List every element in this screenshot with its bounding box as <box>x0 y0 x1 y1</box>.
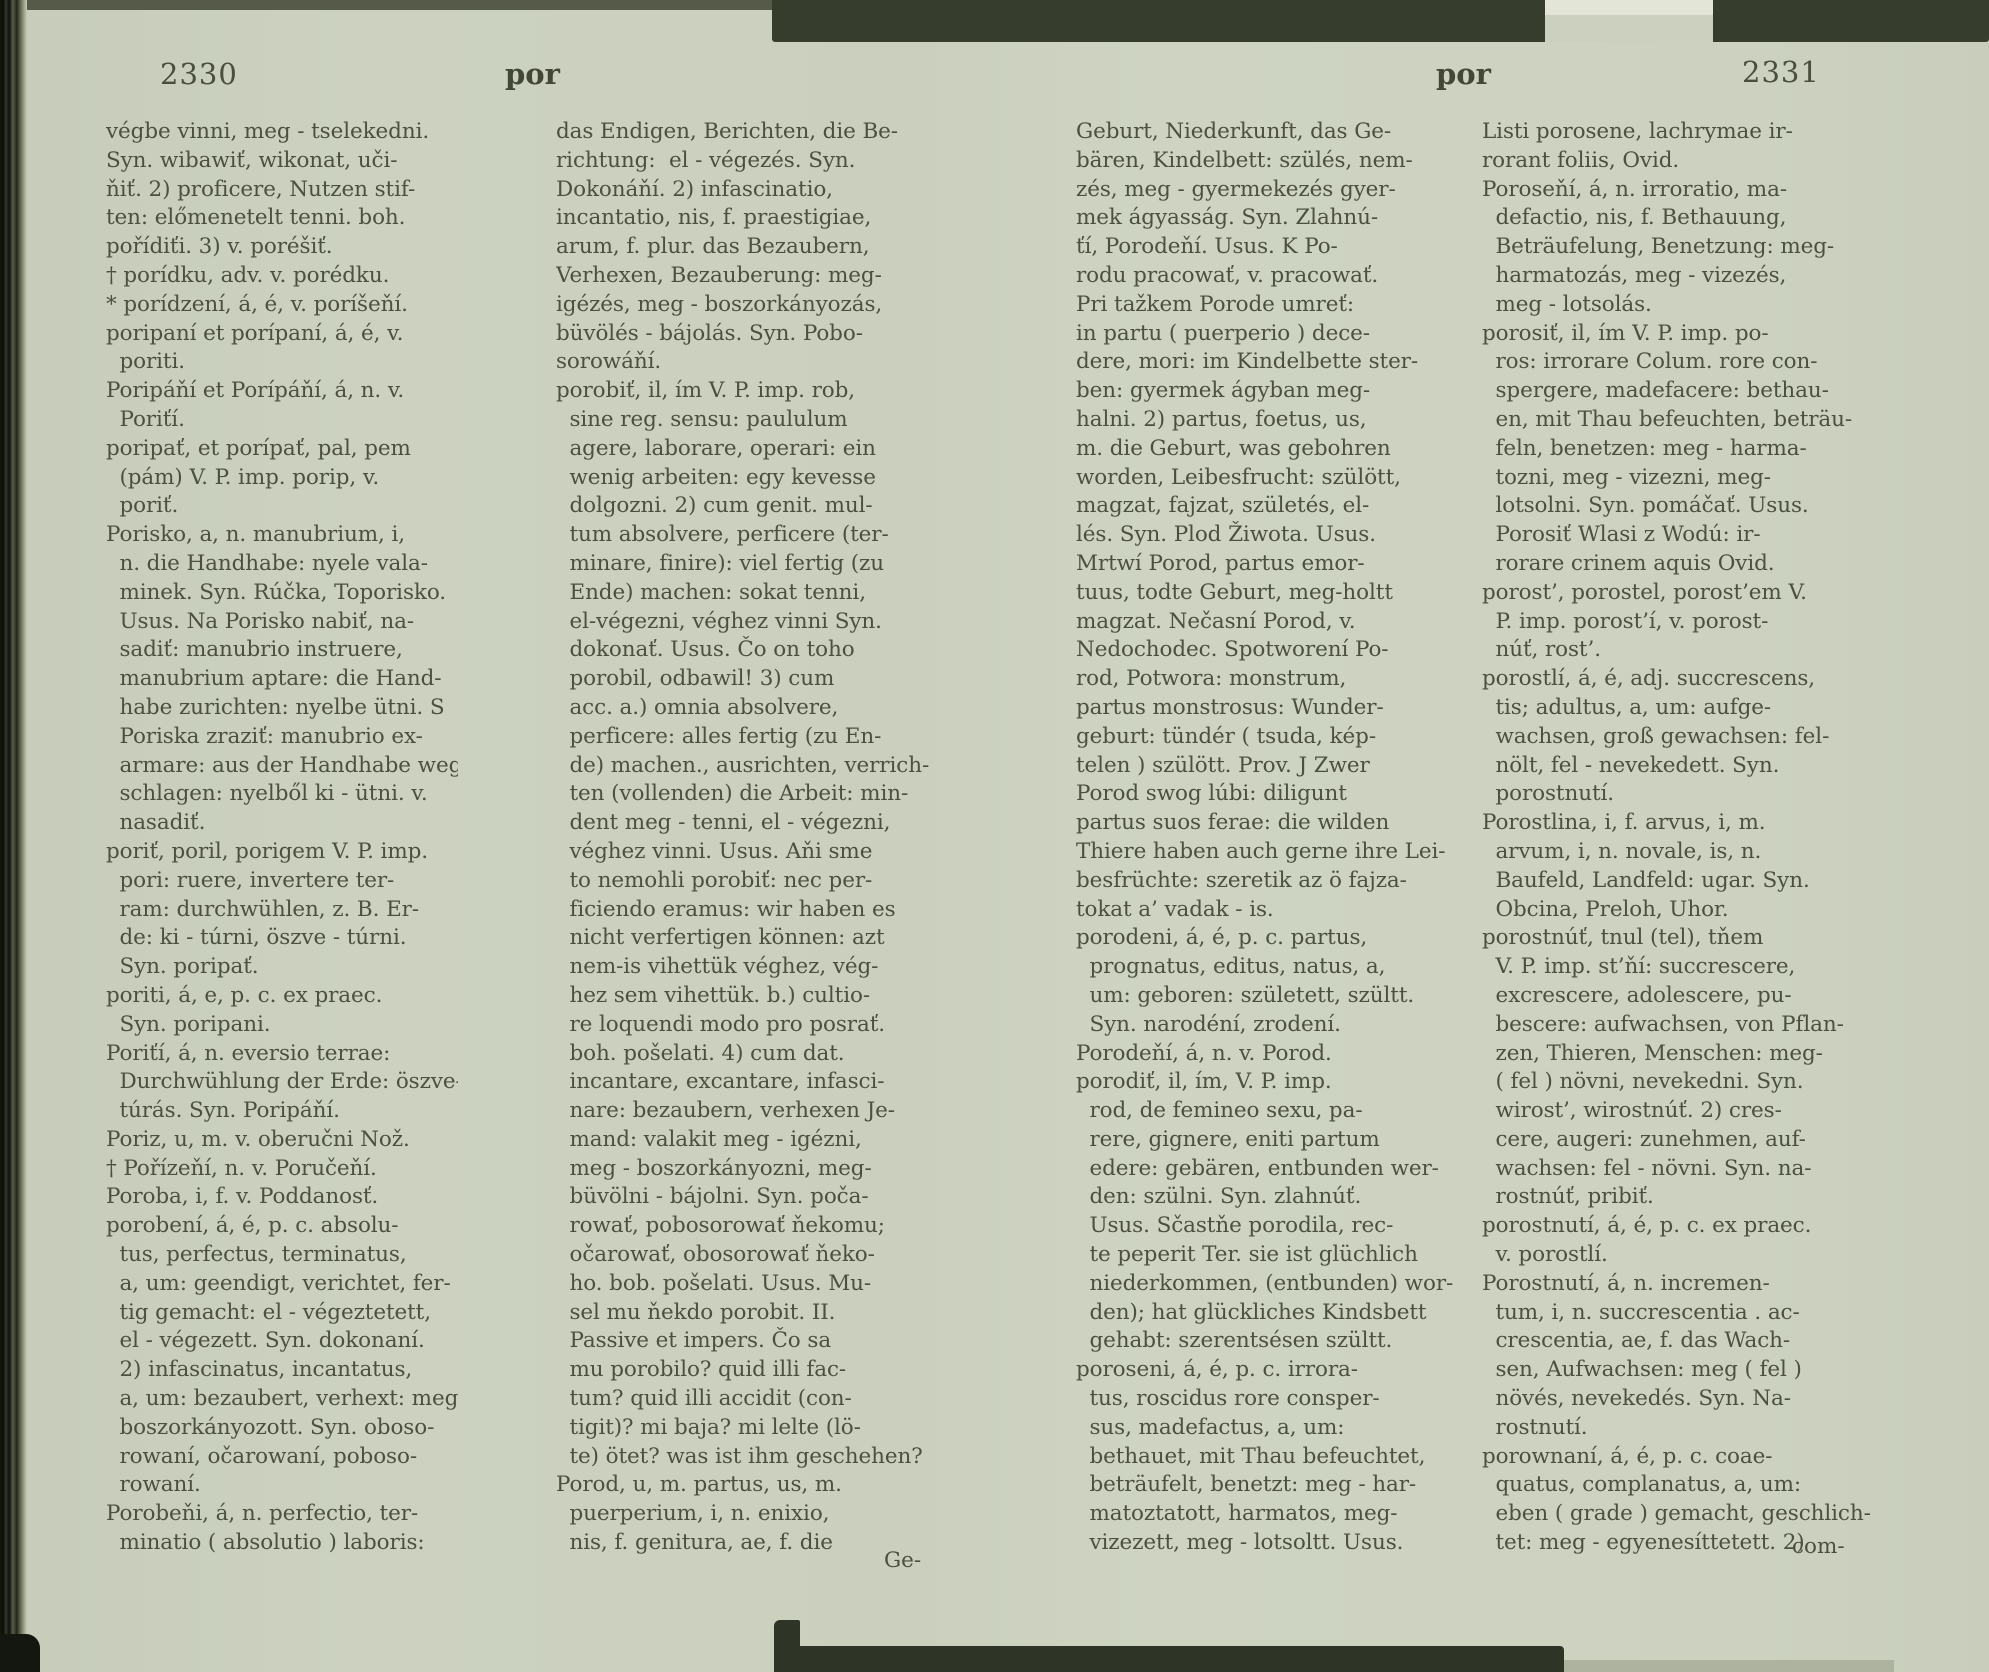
text-line: defactio, nis, f. Bethauung, <box>1482 204 1890 233</box>
text-line: schlagen: nyelből ki - ütni. v. <box>106 780 458 809</box>
text-line: vizezett, meg - lotsoltt. Usus. <box>1076 1529 1476 1558</box>
text-line: hez sem vihettük. b.) cultio- <box>556 982 952 1011</box>
text-line: tum, i, n. succrescentia . ac- <box>1482 1299 1890 1328</box>
text-line: arvum, i, n. novale, is, n. <box>1482 838 1890 867</box>
text-line: véghez vinni. Usus. Aňi sme <box>556 838 952 867</box>
text-line: dent meg - tenni, el - végezni, <box>556 809 952 838</box>
text-line: worden, Leibesfrucht: szülött, <box>1076 464 1476 493</box>
text-line: telen ) szülött. Prov. J Zwer <box>1076 752 1476 781</box>
text-line: in partu ( puerperio ) dece- <box>1076 320 1476 349</box>
text-line: tus, roscidus rore consper- <box>1076 1385 1476 1414</box>
text-line: richtung: el - végezés. Syn. <box>556 147 952 176</box>
scan-notch-highlight <box>1545 0 1713 15</box>
text-line: Syn. poripani. <box>106 1011 458 1040</box>
text-line: Nedochodec. Spotworení Po- <box>1076 636 1476 665</box>
text-line: pori: ruere, invertere ter- <box>106 867 458 896</box>
text-line: nare: bezaubern, verhexen Je- <box>556 1097 952 1126</box>
text-line: ťí, Porodeňí. Usus. K Po- <box>1076 233 1476 262</box>
text-line: el-végezni, véghez vinni Syn. <box>556 608 952 637</box>
text-line: Usus. Na Porisko nabiť, na- <box>106 608 458 637</box>
text-line: poriti, á, e, p. c. ex praec. <box>106 982 458 1011</box>
text-line: Durchwühlung der Erde: öszve- <box>106 1068 458 1097</box>
text-line: eben ( grade ) gemacht, geschlich- <box>1482 1500 1890 1529</box>
text-line: rowať, pobosorowať ňekomu; <box>556 1212 952 1241</box>
text-line: wenig arbeiten: egy kevesse <box>556 464 952 493</box>
left-page-column-2: das Endigen, Berichten, die Be-richtung:… <box>556 118 952 1568</box>
text-line: Usus. Sčastňe porodila, rec- <box>1076 1212 1476 1241</box>
text-line: rowaní, očarowaní, poboso- <box>106 1443 458 1472</box>
text-line: bethauet, mit Thau befeuchtet, <box>1076 1443 1476 1472</box>
text-line: boszorkányozott. Syn. oboso- <box>106 1414 458 1443</box>
text-line: † porídku, adv. v. porédku. <box>106 262 458 291</box>
text-line: incantare, excantare, infasci- <box>556 1068 952 1097</box>
text-line: igézés, meg - boszorkányozás, <box>556 291 952 320</box>
scan-band-top-right <box>772 0 1989 42</box>
text-line: Poriska zraziť: manubrio ex- <box>106 723 458 752</box>
text-line: Porodeňí, á, n. v. Porod. <box>1076 1040 1476 1069</box>
text-line: tigit)? mi baja? mi lelte (lö- <box>556 1414 952 1443</box>
text-line: minatio ( absolutio ) laboris: <box>106 1529 458 1558</box>
text-line: porownaní, á, é, p. c. coae- <box>1482 1443 1890 1472</box>
scan-shade-bottom-right <box>1564 1660 1894 1672</box>
text-line: ficiendo eramus: wir haben es <box>556 896 952 925</box>
text-line: büvölés - bájolás. Syn. Pobo- <box>556 320 952 349</box>
text-line: Mrtwí Porod, partus emor- <box>1076 550 1476 579</box>
text-line: porostnutí, á, é, p. c. ex praec. <box>1482 1212 1890 1241</box>
text-line: nem-is vihettük véghez, vég- <box>556 953 952 982</box>
text-line: Poripáňí et Porípáňí, á, n. v. <box>106 377 458 406</box>
text-line: nasadiť. <box>106 809 458 838</box>
text-line: habe zurichten: nyelbe ütni. S <box>106 694 458 723</box>
text-line: sadiť: manubrio instruere, <box>106 636 458 665</box>
text-line: mu porobilo? quid illi fac- <box>556 1356 952 1385</box>
text-line: cere, augeri: zunehmen, auf- <box>1482 1126 1890 1155</box>
text-line: büvölni - bájolni. Syn. poča- <box>556 1183 952 1212</box>
text-line: sel mu ňekdo porobit. II. <box>556 1299 952 1328</box>
text-line: poriti. <box>106 348 458 377</box>
text-line: um: geboren: született, szültt. <box>1076 982 1476 1011</box>
text-line: poriť. <box>106 492 458 521</box>
text-line: puerperium, i, n. enixio, <box>556 1500 952 1529</box>
text-line: Beträufelung, Benetzung: meg- <box>1482 233 1890 262</box>
text-line: 2) infascinatus, incantatus, <box>106 1356 458 1385</box>
text-line: sen, Aufwachsen: meg ( fel ) <box>1482 1356 1890 1385</box>
text-line: Syn. narodéní, zrodení. <box>1076 1011 1476 1040</box>
text-line: Syn. wibawiť, wikonat, uči- <box>106 147 458 176</box>
text-line: porodeni, á, é, p. c. partus, <box>1076 924 1476 953</box>
text-line: armare: aus der Handhabe weg- <box>106 752 458 781</box>
text-line: végbe vinni, meg - tselekedni. <box>106 118 458 147</box>
text-line: Porisko, a, n. manubrium, i, <box>106 521 458 550</box>
text-line: poripať, et porípať, pal, pem <box>106 435 458 464</box>
text-line: de) machen., ausrichten, verrich- <box>556 752 952 781</box>
text-line: Poroba, i, f. v. Poddanosť. <box>106 1183 458 1212</box>
text-line: dokonať. Usus. Čo on toho <box>556 636 952 665</box>
text-line: (pám) V. P. imp. porip, v. <box>106 464 458 493</box>
right-page-column-2: Listi porosene, lachrymae ir-rorant foli… <box>1482 118 1890 1568</box>
text-line: Porostnutí, á, n. incremen- <box>1482 1270 1890 1299</box>
text-line: den: szülni. Syn. zlahnúť. <box>1076 1183 1476 1212</box>
text-line: tus, perfectus, terminatus, <box>106 1241 458 1270</box>
text-line: magzat. Nečasní Porod, v. <box>1076 608 1476 637</box>
text-line: zen, Thieren, Menschen: meg- <box>1482 1040 1890 1069</box>
text-line: bescere: aufwachsen, von Pflan- <box>1482 1011 1890 1040</box>
text-line: Porostlina, i, f. arvus, i, m. <box>1482 809 1890 838</box>
text-line: zés, meg - gyermekezés gyer- <box>1076 176 1476 205</box>
text-line: harmatozás, meg - vizezés, <box>1482 262 1890 291</box>
text-line: ( fel ) növni, nevekedni. Syn. <box>1482 1068 1890 1097</box>
text-line: ram: durchwühlen, z. B. Er- <box>106 896 458 925</box>
text-line: tozni, meg - vizezni, meg- <box>1482 464 1890 493</box>
text-line: excrescere, adolescere, pu- <box>1482 982 1890 1011</box>
text-line: † Pořízeňí, n. v. Poručeňí. <box>106 1155 458 1184</box>
text-line: porobil, odbawil! 3) cum <box>556 665 952 694</box>
right-page-column-1: Geburt, Niederkunft, das Ge-bären, Kinde… <box>1076 118 1476 1568</box>
text-line: Ende) machen: sokat tenni, <box>556 579 952 608</box>
text-line: túrás. Syn. Poripáňí. <box>106 1097 458 1126</box>
text-line: porobení, á, é, p. c. absolu- <box>106 1212 458 1241</box>
text-line: lotsolni. Syn. pomáčať. Usus. <box>1482 492 1890 521</box>
text-line: halni. 2) partus, foetus, us, <box>1076 406 1476 435</box>
text-line: sorowáňí. <box>556 348 952 377</box>
text-line: a, um: geendigt, verichtet, fer- <box>106 1270 458 1299</box>
text-line: arum, f. plur. das Bezaubern, <box>556 233 952 262</box>
text-line: mand: valakit meg - igézni, <box>556 1126 952 1155</box>
text-line: Obcina, Preloh, Uhor. <box>1482 896 1890 925</box>
text-line: meg - boszorkányozni, meg- <box>556 1155 952 1184</box>
text-line: a, um: bezaubert, verhext: meg- <box>106 1385 458 1414</box>
text-line: Geburt, Niederkunft, das Ge- <box>1076 118 1476 147</box>
text-line: poriť, poril, porigem V. P. imp. <box>106 838 458 867</box>
text-line: Thiere haben auch gerne ihre Lei- <box>1076 838 1476 867</box>
text-line: Poriťí, á, n. eversio terrae: <box>106 1040 458 1069</box>
text-line: ňiť. 2) proficere, Nutzen stif- <box>106 176 458 205</box>
text-line: te) ötet? was ist ihm geschehen? <box>556 1443 952 1472</box>
text-line: sine reg. sensu: paululum <box>556 406 952 435</box>
text-line: núť, rost’. <box>1482 636 1890 665</box>
text-line: nicht verfertigen können: azt <box>556 924 952 953</box>
text-line: en, mit Thau befeuchten, beträu- <box>1482 406 1890 435</box>
text-line: rowaní. <box>106 1471 458 1500</box>
text-line: Poriťí. <box>106 406 458 435</box>
text-line: boh. pošelati. 4) cum dat. <box>556 1040 952 1069</box>
text-line: rod, de femineo sexu, pa- <box>1076 1097 1476 1126</box>
text-line: sus, madefactus, a, um: <box>1076 1414 1476 1443</box>
left-running-title: por <box>505 57 560 91</box>
text-line: dere, mori: im Kindelbette ster- <box>1076 348 1476 377</box>
text-line: lés. Syn. Plod Žiwota. Usus. <box>1076 521 1476 550</box>
right-running-title: por <box>1436 57 1491 91</box>
text-line: rorant foliis, Ovid. <box>1482 147 1890 176</box>
text-line: * porídzení, á, é, v. poríšeňí. <box>106 291 458 320</box>
text-line: poroseni, á, é, p. c. irrora- <box>1076 1356 1476 1385</box>
text-line: wachsen: fel - növni. Syn. na- <box>1482 1155 1890 1184</box>
text-line: Porobeňi, á, n. perfectio, ter- <box>106 1500 458 1529</box>
text-line: v. porostlí. <box>1482 1241 1890 1270</box>
text-line: prognatus, editus, natus, a, <box>1076 953 1476 982</box>
text-line: crescentia, ae, f. das Wach- <box>1482 1327 1890 1356</box>
text-line: acc. a.) omnia absolvere, <box>556 694 952 723</box>
text-line: incantatio, nis, f. praestigiae, <box>556 204 952 233</box>
text-line: mek ágyasság. Syn. Zlahnú- <box>1076 204 1476 233</box>
left-page-catchword: Ge- <box>884 1548 921 1573</box>
right-page-catchword: com- <box>1792 1534 1845 1559</box>
text-line: spergere, madefacere: bethau- <box>1482 377 1890 406</box>
text-line: gehabt: szerentsésen szültt. <box>1076 1327 1476 1356</box>
text-line: poripaní et porípaní, á, é, v. <box>106 320 458 349</box>
text-line: rostnúť, pribiť. <box>1482 1183 1890 1212</box>
text-line: feln, benetzen: meg - harma- <box>1482 435 1890 464</box>
text-line: porodiť, il, ím, V. P. imp. <box>1076 1068 1476 1097</box>
text-line: Poriz, u, m. v. oberučni Nož. <box>106 1126 458 1155</box>
text-line: wirost’, wirostnúť. 2) cres- <box>1482 1097 1890 1126</box>
text-line: perficere: alles fertig (zu En- <box>556 723 952 752</box>
text-line: Porosiť Wlasi z Wodú: ir- <box>1482 521 1890 550</box>
text-line: ten (vollenden) die Arbeit: min- <box>556 780 952 809</box>
left-page-column-1: végbe vinni, meg - tselekedni.Syn. wibaw… <box>106 118 458 1568</box>
text-line: wachsen, groß gewachsen: fel- <box>1482 723 1890 752</box>
text-line: tokat a’ vadak - is. <box>1076 896 1476 925</box>
text-line: beträufelt, benetzt: meg - har- <box>1076 1471 1476 1500</box>
text-line: Listi porosene, lachrymae ir- <box>1482 118 1890 147</box>
scan-notch-paper <box>1545 15 1713 42</box>
text-line: geburt: tündér ( tsuda, kép- <box>1076 723 1476 752</box>
text-line: pořídiťi. 3) v. poréšiť. <box>106 233 458 262</box>
text-line: to nemohli porobiť: nec per- <box>556 867 952 896</box>
text-line: tig gemacht: el - végeztetett, <box>106 1299 458 1328</box>
text-line: re loquendi modo pro posrať. <box>556 1011 952 1040</box>
text-line: Baufeld, Landfeld: ugar. Syn. <box>1482 867 1890 896</box>
text-line: növés, nevekedés. Syn. Na- <box>1482 1385 1890 1414</box>
text-line: nölt, fel - nevekedett. Syn. <box>1482 752 1890 781</box>
text-line: de: ki - túrni, öszve - túrni. <box>106 924 458 953</box>
text-line: meg - lotsolás. <box>1482 291 1890 320</box>
text-line: minek. Syn. Rúčka, Toporisko. <box>106 579 458 608</box>
text-line: agere, laborare, operari: ein <box>556 435 952 464</box>
text-line: tis; adultus, a, um: aufge- <box>1482 694 1890 723</box>
text-line: bären, Kindelbett: szülés, nem- <box>1076 147 1476 176</box>
text-line: rere, gignere, eniti partum <box>1076 1126 1476 1155</box>
text-line: magzat, fajzat, születés, el- <box>1076 492 1476 521</box>
text-line: te peperit Ter. sie ist glüchlich <box>1076 1241 1476 1270</box>
right-page-number: 2331 <box>1742 55 1820 89</box>
text-line: den); hat glückliches Kindsbett <box>1076 1299 1476 1328</box>
text-line: V. P. imp. st’ňí: succrescere, <box>1482 953 1890 982</box>
text-line: Passive et impers. Čo sa <box>556 1327 952 1356</box>
text-line: porost’, porostel, porost’em V. <box>1482 579 1890 608</box>
book-binding-edge <box>0 0 27 1672</box>
text-line: partus monstrosus: Wunder- <box>1076 694 1476 723</box>
scan-blob-bottom-left <box>774 1620 800 1650</box>
text-line: das Endigen, Berichten, die Be- <box>556 118 952 147</box>
text-line: Poroseňí, á, n. irroratio, ma- <box>1482 176 1890 205</box>
text-line: tuus, todte Geburt, meg-holtt <box>1076 579 1476 608</box>
text-line: rodu pracowať, v. pracowať. <box>1076 262 1476 291</box>
text-line: manubrium aptare: die Hand- <box>106 665 458 694</box>
text-line: porostlí, á, é, adj. succrescens, <box>1482 665 1890 694</box>
text-line: ten: előmenetelt tenni. boh. <box>106 204 458 233</box>
text-line: besfrüchte: szeretik az ö fajza- <box>1076 867 1476 896</box>
text-line: minare, finire): viel fertig (zu <box>556 550 952 579</box>
text-line: partus suos ferae: die wilden <box>1076 809 1476 838</box>
text-line: Pri tažkem Porode umreť: <box>1076 291 1476 320</box>
text-line: P. imp. porost’í, v. porost- <box>1482 608 1890 637</box>
scan-band-bottom <box>774 1646 1564 1672</box>
text-line: tum absolvere, perficere (ter- <box>556 521 952 550</box>
text-line: el - végezett. Syn. dokonaní. <box>106 1327 458 1356</box>
book-scan: 2330 por végbe vinni, meg - tselekedni.S… <box>0 0 1989 1672</box>
text-line: rorare crinem aquis Ovid. <box>1482 550 1890 579</box>
text-line: porosiť, il, ím V. P. imp. po- <box>1482 320 1890 349</box>
text-line: porostnúť, tnul (tel), tňem <box>1482 924 1890 953</box>
text-line: quatus, complanatus, a, um: <box>1482 1471 1890 1500</box>
text-line: tum? quid illi accidit (con- <box>556 1385 952 1414</box>
text-line: matoztatott, harmatos, meg- <box>1076 1500 1476 1529</box>
text-line: n. die Handhabe: nyele vala- <box>106 550 458 579</box>
text-line: m. die Geburt, was gebohren <box>1076 435 1476 464</box>
text-line: porostnutí. <box>1482 780 1890 809</box>
text-line: Dokonáňí. 2) infascinatio, <box>556 176 952 205</box>
text-line: porobiť, il, ím V. P. imp. rob, <box>556 377 952 406</box>
text-line: ben: gyermek ágyban meg- <box>1076 377 1476 406</box>
text-line: dolgozni. 2) cum genit. mul- <box>556 492 952 521</box>
text-line: ho. bob. pošelati. Usus. Mu- <box>556 1270 952 1299</box>
left-page-number: 2330 <box>160 57 238 91</box>
text-line: ros: irrorare Colum. rore con- <box>1482 348 1890 377</box>
text-line: rostnutí. <box>1482 1414 1890 1443</box>
text-line: Porod, u, m. partus, us, m. <box>556 1471 952 1500</box>
binding-foot-shadow <box>0 1634 40 1672</box>
text-line: Syn. poripať. <box>106 953 458 982</box>
text-line: edere: gebären, entbunden wer- <box>1076 1155 1476 1184</box>
text-line: rod, Potwora: monstrum, <box>1076 665 1476 694</box>
text-line: niederkommen, (entbunden) wor- <box>1076 1270 1476 1299</box>
text-line: očarowať, obosorowať ňeko- <box>556 1241 952 1270</box>
text-line: Porod swog lúbi: diligunt <box>1076 780 1476 809</box>
text-line: Verhexen, Bezauberung: meg- <box>556 262 952 291</box>
